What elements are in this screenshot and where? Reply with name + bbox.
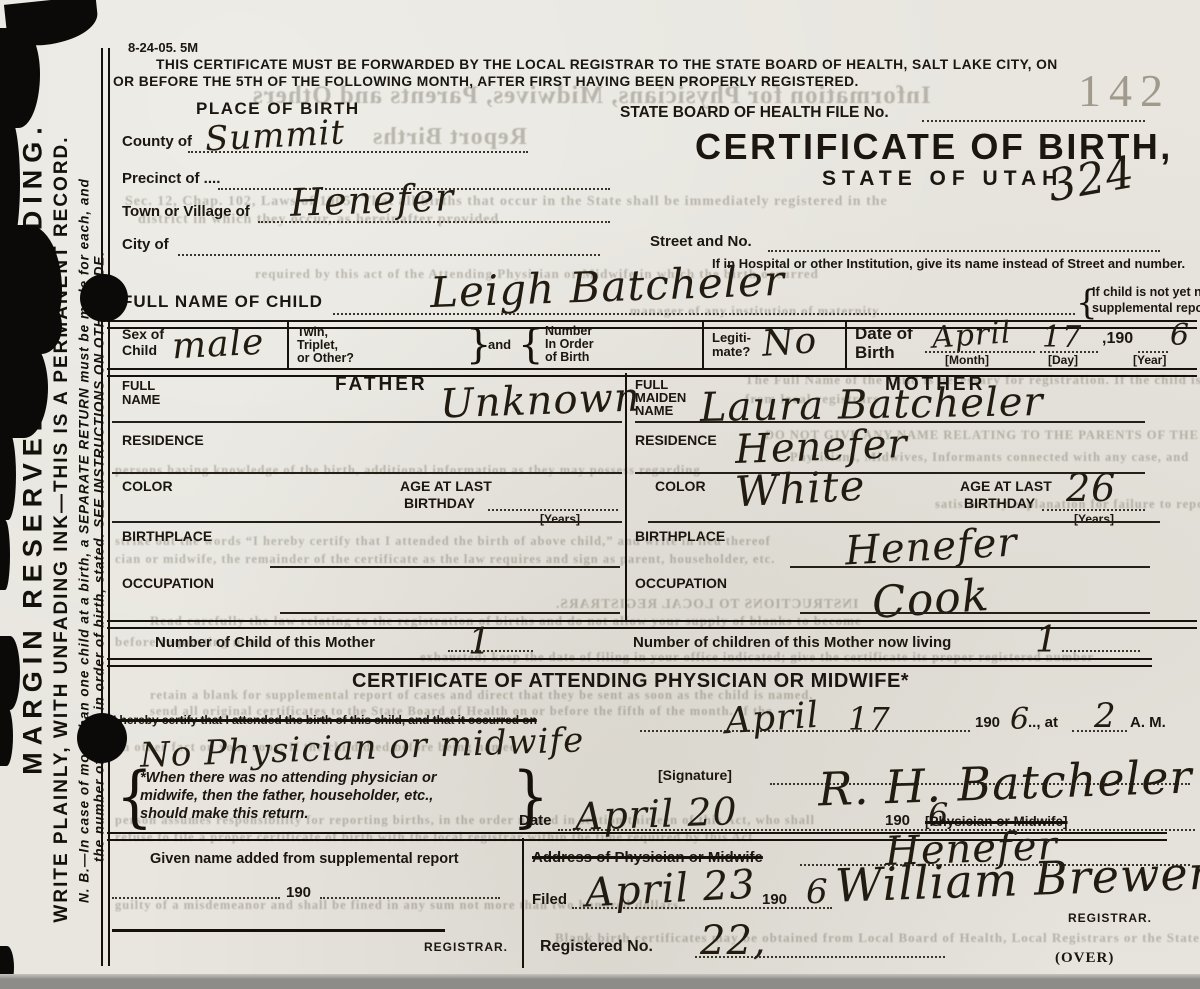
- sex-row-divider-2: [702, 322, 704, 368]
- birth-certificate-scan: Information for Physicians, Midwives, Pa…: [0, 0, 1200, 989]
- and-label: and: [488, 337, 511, 352]
- sex-value: male: [171, 322, 265, 368]
- forwarding-notice-line2: OR BEFORE THE 5TH OF THE FOLLOWING MONTH…: [113, 74, 859, 89]
- stamp-number: 142: [1078, 64, 1171, 117]
- twin-label-3: or Other?: [297, 351, 354, 365]
- city-label: City of: [122, 236, 169, 253]
- county-value: Summit: [204, 112, 346, 159]
- precinct-label: Precinct of ....: [122, 170, 220, 187]
- father-age-label-1: AGE AT LAST: [400, 478, 492, 494]
- signature-bracket: [Signature]: [658, 767, 732, 783]
- city-line: [178, 254, 600, 256]
- order-brace-left: {: [518, 322, 543, 368]
- mother-age-label-1: AGE AT LAST: [960, 478, 1052, 494]
- registered-no-label: Registered No.: [540, 938, 653, 956]
- order-label-2: In Order: [545, 337, 594, 351]
- registered-no-value: 22,: [700, 918, 767, 964]
- month-bracket: [Month]: [945, 353, 989, 367]
- filed-label: Filed: [532, 891, 567, 908]
- certificate-subtitle: STATE OF UTAH.: [822, 167, 1075, 191]
- child-note-line1: If child is not yet named, make: [1092, 285, 1200, 299]
- forwarding-notice-line1: THIS CERTIFICATE MUST BE FORWARDED BY TH…: [156, 57, 1058, 72]
- physician-footnote-1: *When there was no attending physician o…: [140, 770, 437, 786]
- dob-year-digit: 6: [1170, 318, 1190, 353]
- mother-age-value: 26: [1066, 466, 1116, 510]
- certify-at-suffix: .., at: [1028, 714, 1058, 731]
- dob-label-1: Date of: [855, 324, 913, 344]
- rule-below-counts: [107, 658, 1152, 667]
- father-name-line: [112, 421, 622, 423]
- father-birthplace-label: BIRTHPLACE: [122, 528, 212, 544]
- sex-label-2: Child: [122, 342, 157, 358]
- mother-color-value: White: [734, 461, 867, 517]
- registrar-label-right: REGISTRAR.: [1068, 911, 1152, 925]
- order-label-1: Number: [545, 324, 592, 338]
- father-fullname-label-1: FULL: [122, 378, 155, 393]
- mother-occupation-line: [800, 612, 1150, 614]
- sex-row-divider-3: [845, 322, 847, 368]
- filed-year-digit: 6: [806, 872, 829, 912]
- margin-write-plainly-text: WRITE PLAINLY, WITH UNFADING INK—THIS IS…: [51, 99, 73, 959]
- filed-value: April 23: [584, 862, 757, 917]
- supplemental-label: Given name added from supplemental repor…: [150, 851, 459, 867]
- torn-edge-9: [0, 706, 13, 766]
- father-occupation-line: [280, 612, 620, 614]
- mother-color-line: [648, 521, 1160, 523]
- child-note-line2: supplemental report, as directed: [1092, 301, 1200, 315]
- dob-year-prefix: ,190: [1102, 330, 1133, 348]
- town-value: Henefer: [289, 175, 455, 225]
- hole-punch-top: [80, 274, 128, 322]
- legitimate-label-2: mate?: [712, 344, 750, 359]
- physician-footnote-3: should make this return.: [140, 806, 308, 822]
- physician-heading: CERTIFICATE OF ATTENDING PHYSICIAN OR MI…: [352, 670, 909, 693]
- legitimate-value: No: [761, 320, 819, 365]
- form-code: 8-24-05. 5M: [128, 40, 198, 55]
- scan-bottom-strip: [0, 974, 1200, 989]
- father-age-line: [488, 509, 618, 511]
- mother-occupation-label: OCCUPATION: [635, 575, 727, 591]
- father-age-label-2: BIRTHDAY: [404, 495, 475, 511]
- father-name-value: Unknown: [439, 375, 641, 428]
- father-years-bracket: [Years]: [540, 512, 580, 526]
- num-child-value: 1: [468, 622, 492, 663]
- margin-nb-line1: N. B.—In case of more than one child at …: [77, 126, 92, 956]
- bleedthrough-text: Report Births: [372, 124, 527, 151]
- num-child-label: Number of Child of this Mother: [155, 634, 375, 651]
- twin-label-1: Twin,: [297, 325, 328, 339]
- rule-above-parents: [107, 368, 1197, 377]
- father-color-line: [112, 521, 622, 523]
- full-name-of-child-label: FULL NAME OF CHILD: [122, 292, 323, 312]
- mother-maidenname-label-3: NAME: [635, 403, 673, 418]
- file-no-line: [922, 120, 1145, 122]
- margin-nb-line2: the number of each, in order of birth, s…: [92, 142, 107, 972]
- date-year-prefix: 190: [885, 812, 910, 829]
- hole-punch-bottom: [77, 713, 127, 763]
- legitimate-label-1: Legiti-: [712, 330, 751, 345]
- father-birthplace-line: [270, 566, 620, 568]
- father-color-label: COLOR: [122, 478, 173, 494]
- num-living-value: 1: [1035, 620, 1059, 661]
- father-residence-line: [112, 472, 622, 474]
- file-no-label: STATE BOARD OF HEALTH FILE No.: [620, 104, 889, 122]
- torn-edge-7: [0, 520, 10, 590]
- footer-divider: [522, 838, 524, 968]
- mother-residence-label: RESIDENCE: [635, 432, 717, 448]
- mother-years-bracket: [Years]: [1074, 512, 1114, 526]
- physician-footnote-2: midwife, then the father, householder, e…: [140, 788, 433, 804]
- mother-color-label: COLOR: [655, 478, 706, 494]
- dob-day-value: 17: [1042, 320, 1082, 355]
- date-label: Date: [519, 812, 552, 829]
- bleedthrough-text: cian or midwife, the remainder of the ce…: [115, 552, 775, 567]
- physician-signature-value: R. H. Batcheler: [817, 749, 1193, 816]
- father-residence-label: RESIDENCE: [122, 432, 204, 448]
- father-section-title: FATHER: [335, 374, 428, 396]
- bleedthrough-text: INSTRUCTIONS TO LOCAL REGISTRARS.: [555, 596, 858, 612]
- certify-meridian: A. M.: [1130, 714, 1166, 731]
- twin-label-2: Triplet,: [297, 338, 338, 352]
- father-fullname-label-2: NAME: [122, 392, 160, 407]
- dob-label-2: Birth: [855, 343, 895, 363]
- num-living-label: Number of children of this Mother now li…: [633, 634, 951, 651]
- supplemental-line-left: [112, 897, 280, 899]
- year-bracket: [Year]: [1133, 353, 1166, 367]
- father-occupation-label: OCCUPATION: [122, 575, 214, 591]
- mother-birthplace-line: [790, 566, 1150, 568]
- order-label-3: of Birth: [545, 350, 589, 364]
- over-label: (OVER): [1055, 950, 1114, 967]
- margin-binding-text: MARGIN RESERVED FOR BINDING.: [18, 58, 49, 838]
- torn-edge-5: [0, 338, 48, 438]
- supplemental-line-right: [320, 897, 500, 899]
- filed-year-prefix: 190: [762, 891, 787, 908]
- certify-month-value: April: [724, 695, 821, 742]
- torn-edge-8: [0, 636, 20, 710]
- registrar-label-left: REGISTRAR.: [424, 940, 508, 954]
- sex-label-1: Sex of: [122, 326, 164, 342]
- supplemental-bottom-rule: [112, 929, 445, 932]
- street-line: [768, 250, 1160, 252]
- mother-age-label-2: BIRTHDAY: [964, 495, 1035, 511]
- dob-month-value: April: [931, 315, 1013, 355]
- bleedthrough-text: persons having knowledge of the birth, a…: [115, 463, 701, 478]
- town-label: Town or Village of: [122, 203, 250, 220]
- street-label: Street and No.: [650, 233, 752, 250]
- supplemental-year: 190: [286, 884, 311, 901]
- torn-edge-6: [0, 430, 16, 520]
- rule-above-sex-row: [107, 320, 1197, 329]
- certify-hour-value: 2: [1094, 696, 1117, 736]
- certify-day-value: 17: [848, 700, 891, 738]
- rule-above-counts: [107, 620, 1197, 629]
- mother-birthplace-label: BIRTHPLACE: [635, 528, 725, 544]
- num-living-line: [1062, 650, 1140, 652]
- sex-row-divider-1: [287, 322, 289, 368]
- county-label: County of: [122, 133, 192, 150]
- day-bracket: [Day]: [1048, 353, 1078, 367]
- certify-year-prefix: 190: [975, 714, 1000, 731]
